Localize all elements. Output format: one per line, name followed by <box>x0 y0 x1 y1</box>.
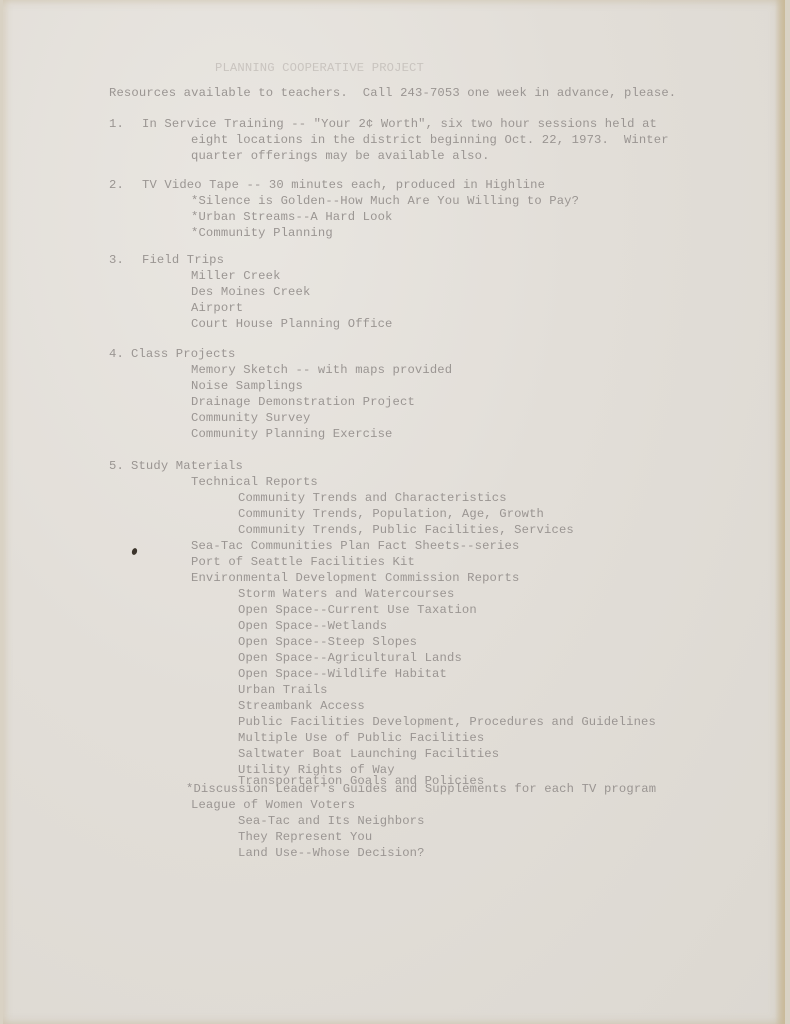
section-5-number: 5. <box>109 458 124 474</box>
field-trip-item: Airport <box>191 300 243 316</box>
tv-program-item: *Community Planning <box>191 225 333 241</box>
study-item: Sea-Tac and Its Neighbors <box>238 813 425 829</box>
study-item: Multiple Use of Public Facilities <box>238 730 484 746</box>
section-2-number: 2. <box>109 177 124 193</box>
section-3-number: 3. <box>109 252 124 268</box>
class-project-item: Drainage Demonstration Project <box>191 394 415 410</box>
class-project-item: Noise Samplings <box>191 378 303 394</box>
study-item: Streambank Access <box>238 698 365 714</box>
study-item: Open Space--Steep Slopes <box>238 634 417 650</box>
study-group-label: League of Women Voters <box>191 797 355 813</box>
study-item: They Represent You <box>238 829 372 845</box>
document-title: PLANNING COOPERATIVE PROJECT <box>215 60 424 76</box>
study-item: Urban Trails <box>238 682 328 698</box>
study-group-label: Port of Seattle Facilities Kit <box>191 554 415 570</box>
study-item: Open Space--Agricultural Lands <box>238 650 462 666</box>
field-trip-item: Des Moines Creek <box>191 284 310 300</box>
study-item: Community Trends, Public Facilities, Ser… <box>238 522 574 538</box>
field-trip-item: Court House Planning Office <box>191 316 393 332</box>
paper-edge <box>775 0 785 1024</box>
class-project-item: Community Planning Exercise <box>191 426 393 442</box>
document-page: PLANNING COOPERATIVE PROJECT Resources a… <box>3 0 785 1024</box>
class-project-item: Community Survey <box>191 410 310 426</box>
study-item: Public Facilities Development, Procedure… <box>238 714 656 730</box>
study-item: Open Space--Wetlands <box>238 618 387 634</box>
section-5-heading: Study Materials <box>131 458 243 474</box>
section-4-heading: Class Projects <box>131 346 236 362</box>
ink-smudge <box>131 547 138 555</box>
section-2-heading: TV Video Tape -- 30 minutes each, produc… <box>142 177 545 193</box>
section-1-line: eight locations in the district beginnin… <box>191 132 669 148</box>
study-item: Saltwater Boat Launching Facilities <box>238 746 499 762</box>
tv-program-item: *Silence is Golden--How Much Are You Wil… <box>191 193 579 209</box>
study-group-label: Technical Reports <box>191 474 318 490</box>
study-group-label: Environmental Development Commission Rep… <box>191 570 519 586</box>
study-group-label: Sea-Tac Communities Plan Fact Sheets--se… <box>191 538 519 554</box>
section-3-heading: Field Trips <box>142 252 224 268</box>
tv-program-item: *Urban Streams--A Hard Look <box>191 209 393 225</box>
section-4-number: 4. <box>109 346 124 362</box>
study-item: Open Space--Current Use Taxation <box>238 602 477 618</box>
study-item: Community Trends, Population, Age, Growt… <box>238 506 544 522</box>
study-item: Community Trends and Characteristics <box>238 490 507 506</box>
study-item: Land Use--Whose Decision? <box>238 845 425 861</box>
section-1-heading: In Service Training -- "Your 2¢ Worth", … <box>142 116 657 132</box>
section-1-number: 1. <box>109 116 124 132</box>
study-item: Open Space--Wildlife Habitat <box>238 666 447 682</box>
field-trip-item: Miller Creek <box>191 268 281 284</box>
study-item: Storm Waters and Watercourses <box>238 586 454 602</box>
intro-line: Resources available to teachers. Call 24… <box>109 85 676 101</box>
section-1-line: quarter offerings may be available also. <box>191 148 490 164</box>
study-group-label: *Discussion Leader's Guides and Suppleme… <box>186 781 656 797</box>
class-project-item: Memory Sketch -- with maps provided <box>191 362 452 378</box>
